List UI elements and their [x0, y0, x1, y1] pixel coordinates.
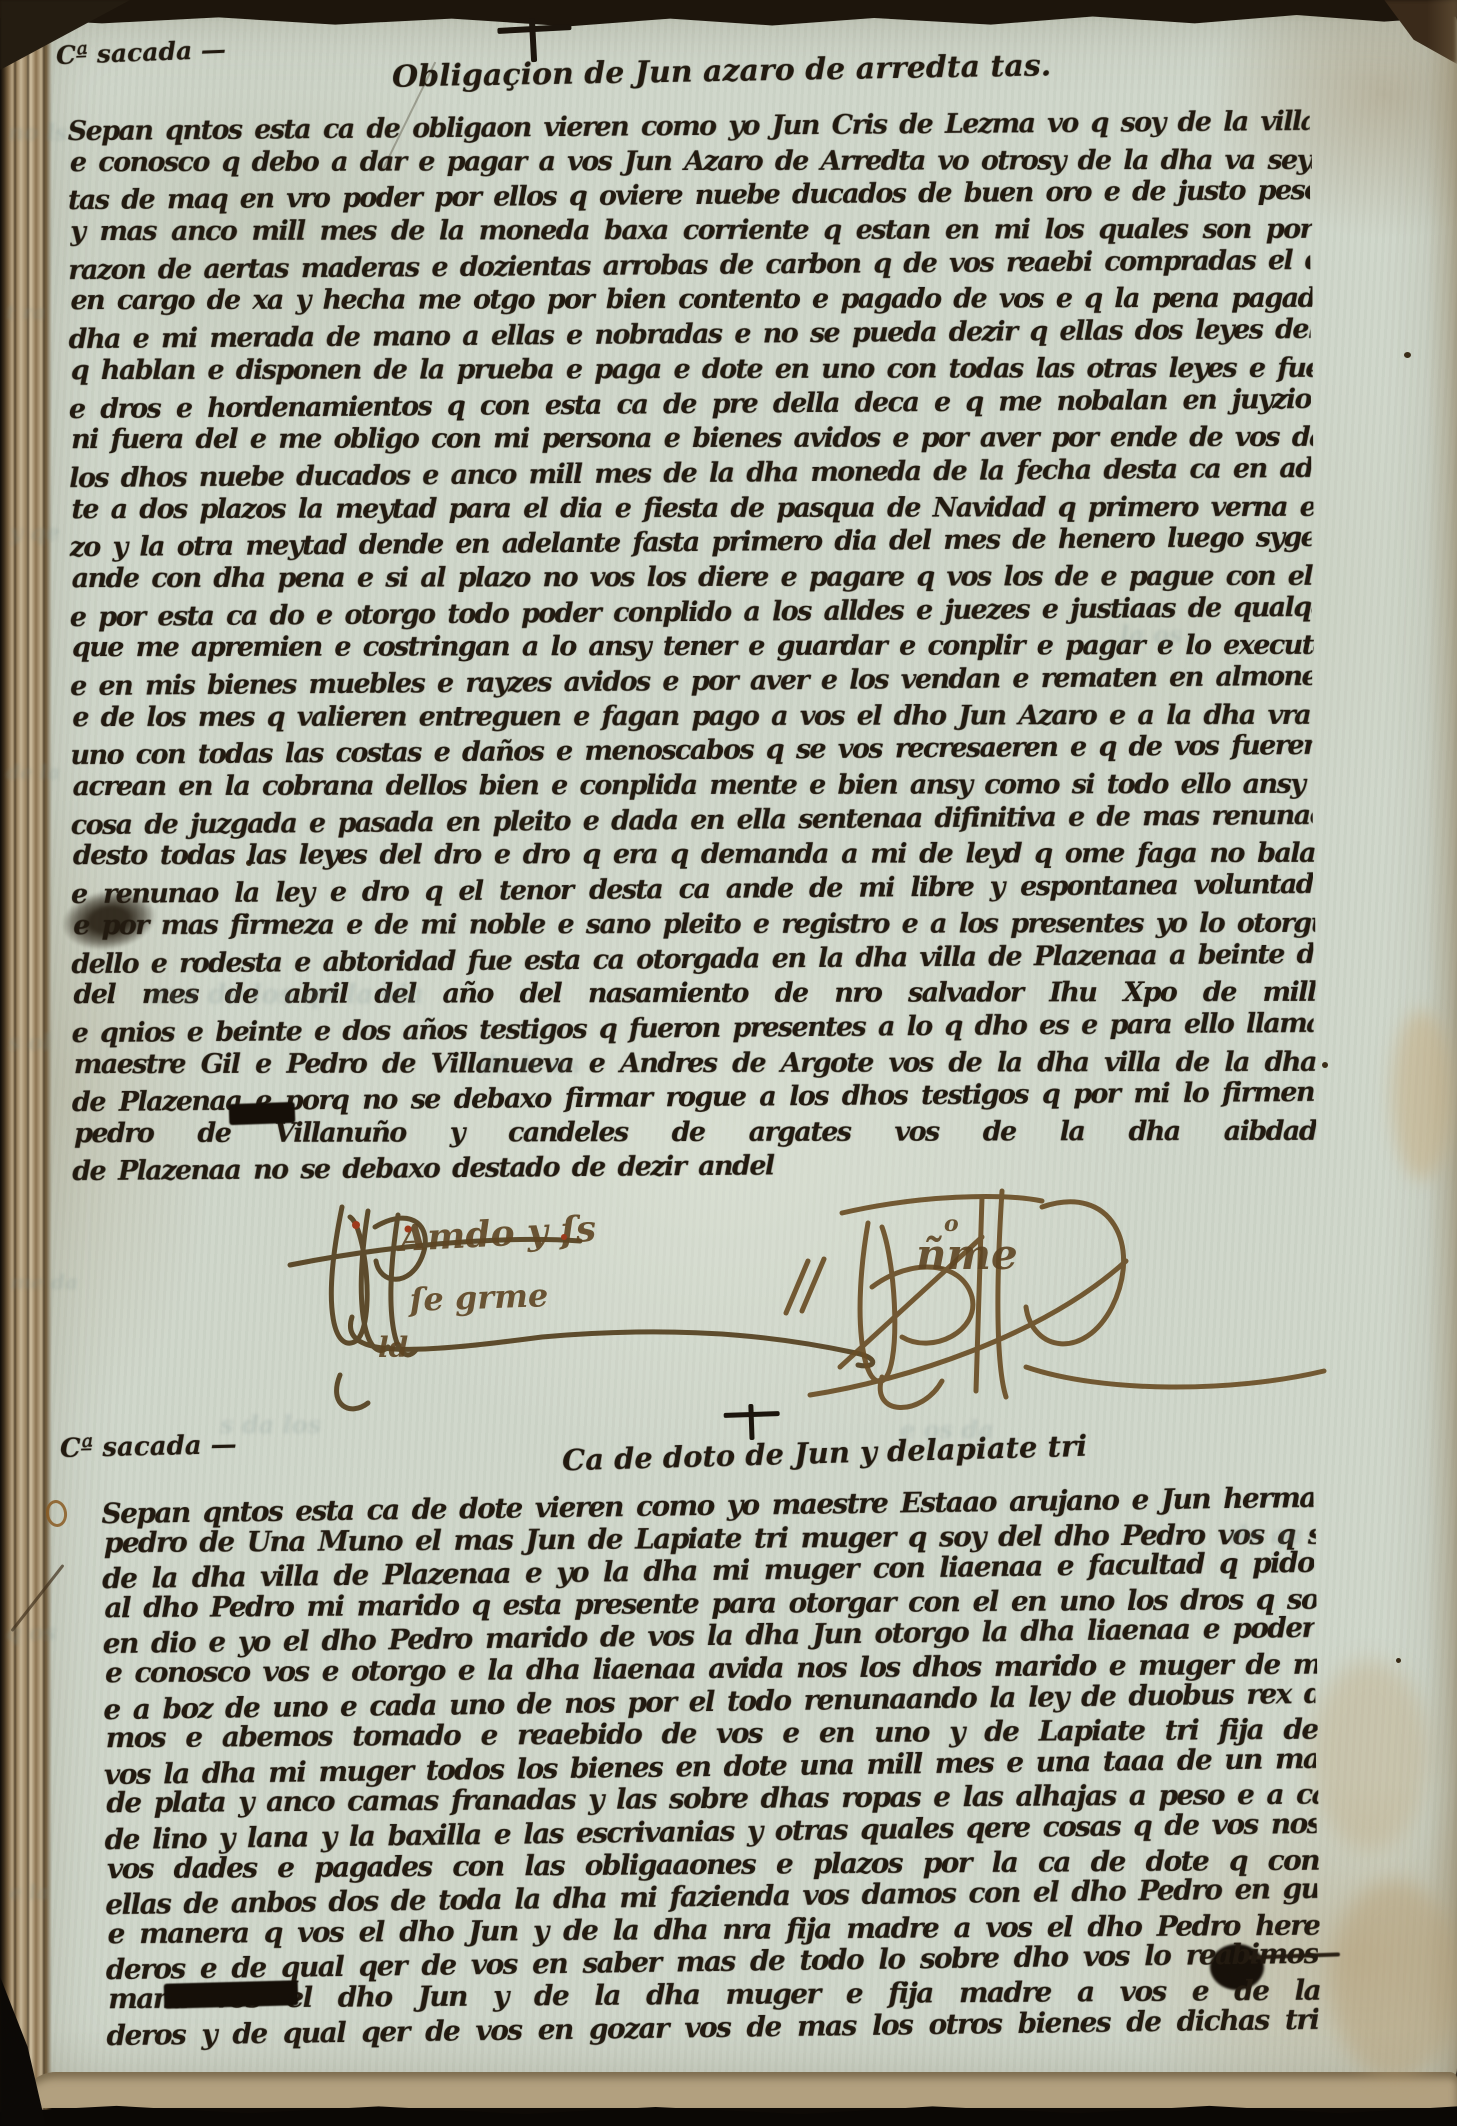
gutter-crease	[14, 0, 16, 2126]
crossed-out-word	[229, 1102, 296, 1125]
manuscript-line: e en mis bienes muebles e rayzes avidos …	[70, 660, 1312, 705]
signature-left-line1: Amdo y ſs	[395, 1208, 597, 1260]
manuscript-line: e qnios e beinte e dos años testigos q f…	[72, 1007, 1314, 1052]
manuscript-line: los dhos nuebe ducados e anco mill mes d…	[69, 452, 1311, 497]
bottom-page-edge	[20, 2072, 1457, 2108]
signature-left-line2: ſe grme	[407, 1276, 549, 1319]
manuscript-line: Sepan qntos esta ca de obligaon vieren c…	[68, 105, 1310, 150]
signature-right-superscript: o	[944, 1211, 959, 1237]
manuscript-scan: Cª sacada — Obligaçion de Jun azaro de a…	[0, 0, 1457, 2126]
crossed-out-word	[164, 1980, 299, 2008]
ink-speck	[1322, 1062, 1328, 1068]
signature-left-line3: ld	[378, 1331, 408, 1364]
gutter-crease	[43, 0, 45, 2126]
text-block-2: Sepan qntos esta ca de dote vieren como …	[101, 1484, 1318, 2050]
manuscript-line: q hablan e disponen de la prueba e paga …	[71, 352, 1313, 389]
ink-speck	[1404, 352, 1411, 358]
cross-stem	[529, 18, 537, 62]
manuscript-line: acrean en la cobrana dellos bien e conpl…	[73, 768, 1315, 805]
manuscript-line: y mas anco mill mes de la moneda baxa co…	[70, 213, 1312, 250]
notary-signatures: Amdo y ſs ſe grme ld ñme o	[280, 1165, 1350, 1435]
manuscript-line: ande con dha pena e si al plazo no vos l…	[72, 560, 1314, 597]
cross-stem	[748, 1404, 754, 1440]
manuscript-line: e por mas firmeza e de mi noble e sano p…	[73, 907, 1315, 944]
gutter-crease	[27, 0, 29, 2126]
signature-right-letters: ñme	[916, 1230, 1018, 1279]
tan-stain	[1310, 1660, 1430, 1850]
tan-stain	[1330, 1880, 1457, 2080]
signature-rubric-right	[786, 1191, 1324, 1408]
tan-stain	[1392, 1010, 1452, 1180]
text-block-1: Sepan qntos esta ca de obligaon vieren c…	[68, 107, 1315, 1188]
ink-speck	[1396, 1658, 1401, 1663]
margin-note-carta-sacada-2: Cª sacada —	[60, 1430, 237, 1464]
